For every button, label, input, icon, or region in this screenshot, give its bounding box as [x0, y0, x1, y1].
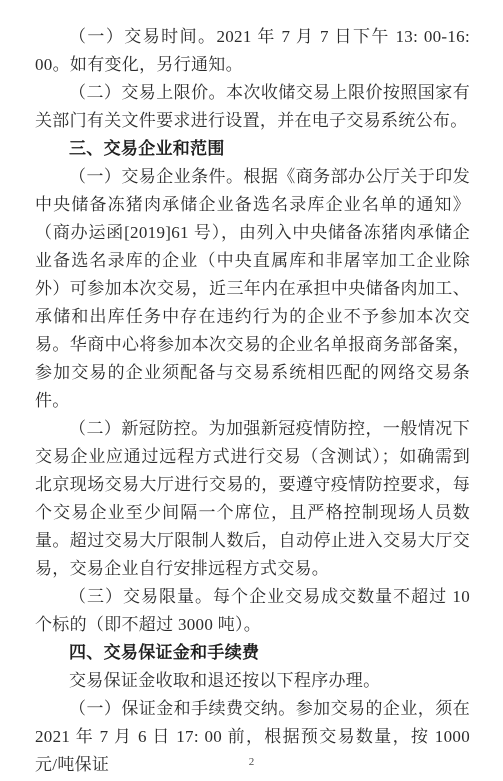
- paragraph: （二）新冠防控。为加强新冠疫情防控，一般情况下交易企业应通过远程方式进行交易（含…: [35, 415, 470, 583]
- paragraph: （一）交易企业条件。根据《商务部办公厅关于印发中央储备冻猪肉承储企业备选名录库企…: [35, 163, 470, 415]
- document-page: （一）交易时间。2021 年 7 月 7 日下午 13: 00-16: 00。如…: [0, 0, 503, 781]
- paragraph: （二）交易上限价。本次收储交易上限价按照国家有关部门有关文件要求进行设置，并在电…: [35, 79, 470, 135]
- paragraph: （一）交易时间。2021 年 7 月 7 日下午 13: 00-16: 00。如…: [35, 23, 470, 79]
- paragraph: 交易保证金收取和退还按以下程序办理。: [35, 667, 470, 695]
- section-heading: 四、交易保证金和手续费: [35, 639, 470, 667]
- page-number: 2: [0, 755, 503, 769]
- paragraph: （三）交易限量。每个企业交易成交数量不超过 10 个标的（即不超过 3000 吨…: [35, 583, 470, 639]
- document-body: （一）交易时间。2021 年 7 月 7 日下午 13: 00-16: 00。如…: [35, 23, 470, 779]
- section-heading: 三、交易企业和范围: [35, 135, 470, 163]
